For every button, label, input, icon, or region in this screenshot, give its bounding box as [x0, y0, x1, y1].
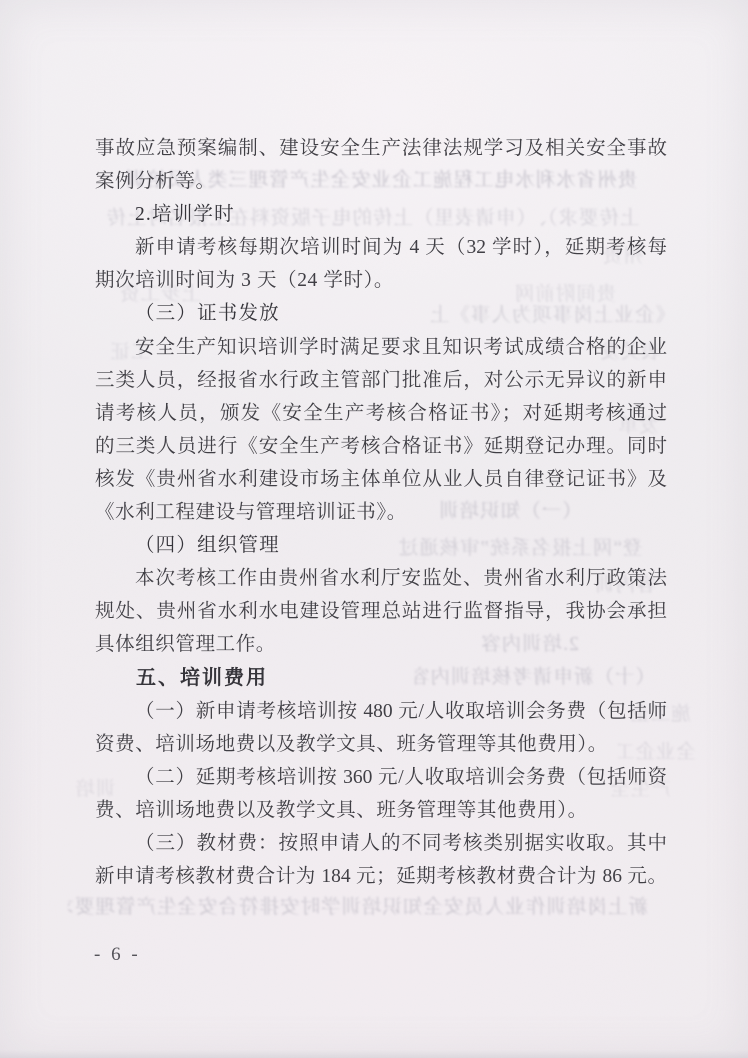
text-line-19: 资费、培训场地费以及教学文具、班务管理等其他费用）。 — [95, 728, 667, 761]
text-line-14: 本次考核工作由贵州省水利厅安监处、贵州省水利厅政策法 — [95, 562, 667, 595]
text-line-1: 事故应急预案编制、建设安全生产法律法规学习及相关安全事故 — [95, 132, 667, 165]
text-line-7: 安全生产知识培训学时满足要求且知识考试成绩合格的企业 — [95, 331, 667, 364]
text-line-17: 五、培训费用 — [95, 662, 667, 695]
text-line-16: 具体组织管理工作。 — [95, 628, 667, 661]
text-line-22: （三）教材费：按照申请人的不同考核类别据实收取。其中 — [95, 827, 667, 860]
text-line-13: （四）组织管理 — [95, 529, 667, 562]
text-line-5: 期次培训时间为 3 天（24 学时）。 — [95, 264, 667, 297]
scanned-document-page: 贵州省水利水电工程施工企业安全生产管理三类人员培训上传要求）、（申请表里）上传的… — [0, 0, 748, 1058]
text-line-9: 请考核人员，颁发《安全生产考核合格证书》；对延期考核通过 — [95, 397, 667, 430]
text-line-8: 三类人员，经报省水行政主管部门批准后，对公示无异议的新申 — [95, 364, 667, 397]
text-line-10: 的三类人员进行《安全生产考核合格证书》延期登记办理。同时 — [95, 430, 667, 463]
document-text-block: 事故应急预案编制、建设安全生产法律法规学习及相关安全事故案例分析等。2.培训学时… — [95, 132, 667, 893]
text-line-21: 费、培训场地费以及教学文具、班务管理等其他费用）。 — [95, 794, 667, 827]
text-line-6: （三）证书发放 — [95, 297, 667, 330]
bleedthrough-fragment-19: 新上岗培训作业人员安全知识培训学时安排符合安全生产管理要求 — [68, 895, 648, 921]
page-number: - 6 - — [94, 944, 141, 966]
text-line-3: 2.培训学时 — [95, 198, 667, 231]
text-line-2: 案例分析等。 — [95, 165, 667, 198]
text-line-4: 新申请考核每期次培训时间为 4 天（32 学时），延期考核每 — [95, 231, 667, 264]
text-line-20: （二）延期考核培训按 360 元/人收取培训会务费（包括师资 — [95, 761, 667, 794]
text-line-11: 核发《贵州省水利建设市场主体单位从业人员自律登记证书》及 — [95, 463, 667, 496]
text-line-18: （一）新申请考核培训按 480 元/人收取培训会务费（包括师 — [95, 695, 667, 728]
text-line-15: 规处、贵州省水利水电建设管理总站进行监督指导，我协会承担 — [95, 595, 667, 628]
text-line-12: 《水利工程建设与管理培训证书》。 — [95, 496, 667, 529]
text-line-23: 新申请考核教材费合计为 184 元；延期考核教材费合计为 86 元。 — [95, 860, 667, 893]
